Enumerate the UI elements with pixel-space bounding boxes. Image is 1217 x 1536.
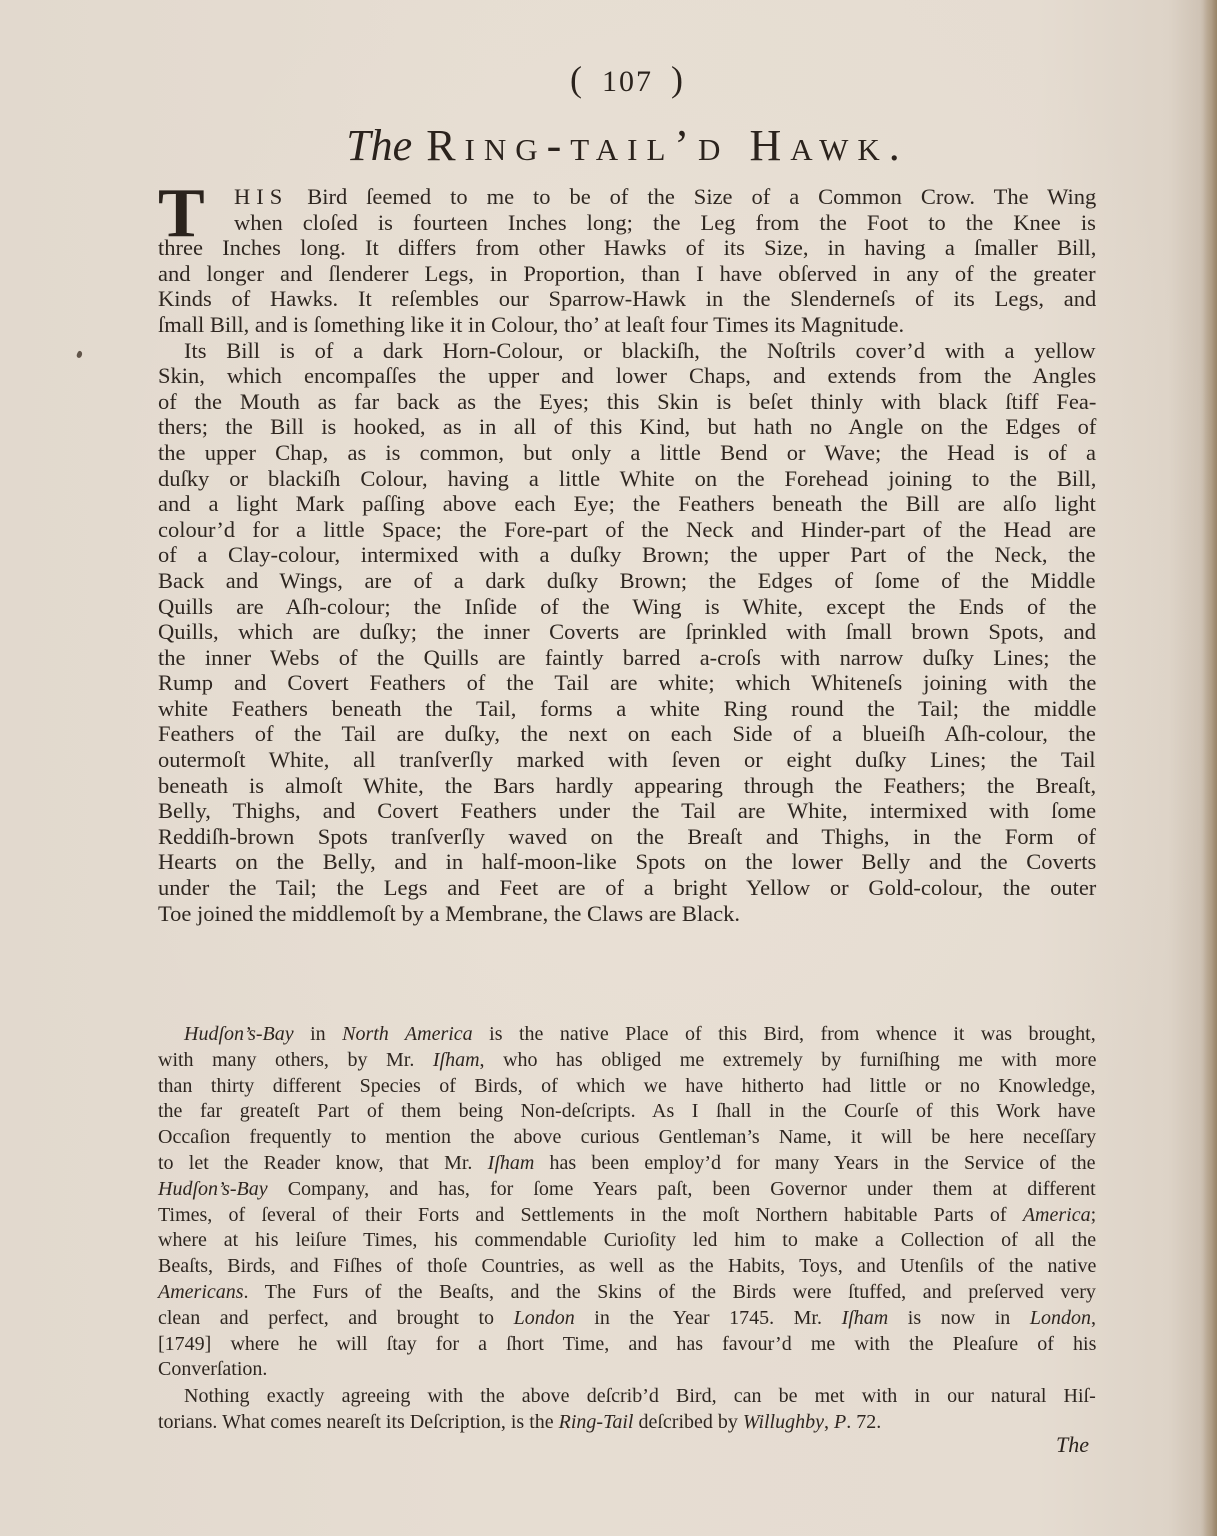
text-line: outermoſt White, all tranſverſly marked … — [158, 747, 1096, 773]
text-line: duſky or blackiſh Colour, having a littl… — [158, 466, 1096, 492]
line-text: under the Tail; the Legs and Feet are of… — [158, 875, 1096, 900]
title-name: Ring-tail’d Hawk. — [426, 121, 909, 170]
text-line: Its Bill is of a dark Horn-Colour, or bl… — [158, 338, 1096, 364]
line-text: Its Bill is of a dark Horn-Colour, or bl… — [184, 338, 1096, 363]
line-text: Quills are Aſh-colour; the Inſide of the… — [158, 594, 1096, 619]
italic-name: London — [1030, 1307, 1091, 1329]
line-text: deſcribed by — [633, 1411, 742, 1433]
line-text: of a Clay-colour, intermixed with a duſk… — [158, 542, 1096, 567]
page-number: (107) — [0, 58, 1217, 100]
line-text: of the Mouth as far back as the Eyes; th… — [158, 389, 1096, 414]
text-line: Kinds of Hawks. It reſembles our Sparrow… — [158, 286, 1096, 312]
line-text: Back and Wings, are of a dark duſky Brow… — [158, 568, 1096, 593]
text-line: Rump and Covert Feathers of the Tail are… — [158, 670, 1096, 696]
page-edge-shadow — [1203, 0, 1217, 1536]
italic-name: Hudſon’s-Bay — [184, 1023, 294, 1045]
line-text: than thirty different Species of Birds, … — [158, 1075, 1096, 1097]
text-line: colour’d for a little Space; the Fore-pa… — [158, 517, 1096, 543]
text-line: Quills are Aſh-colour; the Inſide of the… — [158, 594, 1096, 620]
text-line: Feathers of the Tail are duſky, the next… — [158, 721, 1096, 747]
text-line: with many others, by Mr. Iſham, who has … — [158, 1048, 1096, 1074]
line-text: Kinds of Hawks. It reſembles our Sparrow… — [158, 286, 1096, 311]
italic-name: London — [514, 1307, 575, 1329]
text-line: Belly, Thighs, and Covert Feathers under… — [158, 798, 1096, 824]
line-text: is the native Place of this Bird, from w… — [473, 1023, 1096, 1045]
line-text: in the Year 1745. Mr. — [575, 1307, 842, 1329]
line-text: is now in — [888, 1307, 1030, 1329]
text-line: to let the Reader know, that Mr. Iſham h… — [158, 1151, 1096, 1177]
line-text: Times, of ſeveral of their Forts and Set… — [158, 1204, 1023, 1226]
comparison-paragraph: Nothing exactly agreeing with the above … — [158, 1384, 1096, 1436]
line-text: beneath is almoſt White, the Bars hardly… — [158, 773, 1096, 798]
line-text: the inner Webs of the Quills are faintly… — [158, 645, 1096, 670]
text-line: when cloſed is fourteen Inches long; the… — [158, 210, 1096, 236]
line-text: Feathers of the Tail are duſky, the next… — [158, 721, 1096, 746]
text-line: three Inches long. It differs from other… — [158, 235, 1096, 261]
line-text: Beaſts, Birds, and Fiſhes of thoſe Count… — [158, 1255, 1096, 1277]
line-text: Rump and Covert Feathers of the Tail are… — [158, 670, 1096, 695]
text-line: the upper Chap, as is common, but only a… — [158, 440, 1096, 466]
text-line: under the Tail; the Legs and Feet are of… — [158, 875, 1096, 901]
description-paragraph: HIS Bird ſeemed to me to be of the Size … — [158, 184, 1096, 926]
italic-name: Iſham — [488, 1152, 535, 1174]
text-line: Reddiſh-brown Spots tranſverſly waved on… — [158, 824, 1096, 850]
line-text: white Feathers beneath the Tail, forms a… — [158, 696, 1096, 721]
italic-name: Americans — [158, 1281, 244, 1303]
line-text: outermoſt White, all tranſverſly marked … — [158, 747, 1096, 772]
line-text: Reddiſh-brown Spots tranſverſly waved on… — [158, 824, 1096, 849]
line-text: three Inches long. It differs from other… — [158, 235, 1096, 260]
text-line: Occaſion frequently to mention the above… — [158, 1125, 1096, 1151]
text-line: and longer and ſlenderer Legs, in Propor… — [158, 261, 1096, 287]
text-line: Skin, which encompaſſes the upper and lo… — [158, 363, 1096, 389]
text-line: Times, of ſeveral of their Forts and Set… — [158, 1203, 1096, 1229]
text-line: ſmall Bill, and is ſomething like it in … — [158, 312, 1096, 338]
line-text: where at his leiſure Times, his commenda… — [158, 1229, 1096, 1251]
line-text: and longer and ſlenderer Legs, in Propor… — [158, 261, 1096, 286]
line-text: [1749] where he will ſtay for a ſhort Ti… — [158, 1333, 1096, 1355]
text-line: torians. What comes neareſt its Deſcript… — [158, 1410, 1096, 1436]
italic-name: America — [1023, 1204, 1091, 1226]
text-line: of the Mouth as far back as the Eyes; th… — [158, 389, 1096, 415]
line-text: Nothing exactly agreeing with the above … — [184, 1385, 1096, 1407]
text-line: clean and perfect, and brought to London… — [158, 1306, 1096, 1332]
line-text: Occaſion frequently to mention the above… — [158, 1126, 1096, 1148]
line-text: thers; the Bill is hooked, as in all of … — [158, 414, 1096, 439]
text-line: white Feathers beneath the Tail, forms a… — [158, 696, 1096, 722]
line-text: the far greateſt Part of them being Non-… — [158, 1100, 1096, 1122]
opening-caps: HIS — [234, 184, 288, 209]
line-text: Hearts on the Belly, and in half-moon-li… — [158, 849, 1096, 874]
line-text: ſmall Bill, and is ſomething like it in … — [158, 312, 904, 337]
paren-close: ) — [671, 59, 685, 99]
text-line: Americans. The Furs of the Beaſts, and t… — [158, 1280, 1096, 1306]
page-number-value: 107 — [602, 65, 653, 98]
title-article: The — [346, 121, 412, 170]
text-line: [1749] where he will ſtay for a ſhort Ti… — [158, 1332, 1096, 1358]
line-text: the upper Chap, as is common, but only a… — [158, 440, 1096, 465]
text-line: Quills, which are duſky; the inner Cover… — [158, 619, 1096, 645]
line-text: with many others, by Mr. — [158, 1049, 433, 1071]
text-line: Hudſon’s-Bay in North America is the nat… — [158, 1022, 1096, 1048]
paren-open: ( — [570, 59, 584, 99]
line-text: ; — [1091, 1204, 1097, 1226]
line-text: has been employ’d for many Years in the … — [534, 1152, 1095, 1174]
text-line: Hearts on the Belly, and in half-moon-li… — [158, 849, 1096, 875]
page-title: TheRing-tail’d Hawk. — [0, 120, 1217, 171]
line-text: Quills, which are duſky; the inner Cover… — [158, 619, 1096, 644]
text-line: Beaſts, Birds, and Fiſhes of thoſe Count… — [158, 1254, 1096, 1280]
text-line: Toe joined the middlemoſt by a Membrane,… — [158, 901, 1096, 927]
text-line: than thirty different Species of Birds, … — [158, 1074, 1096, 1100]
text-line: beneath is almoſt White, the Bars hardly… — [158, 773, 1096, 799]
text-line: the inner Webs of the Quills are faintly… — [158, 645, 1096, 671]
line-text: Bird ſeemed to me to be of the Size of a… — [288, 184, 1096, 209]
text-line: the far greateſt Part of them being Non-… — [158, 1099, 1096, 1125]
italic-name: Willughby — [743, 1411, 824, 1433]
line-text: Skin, which encompaſſes the upper and lo… — [158, 363, 1096, 388]
italic-name: P — [834, 1411, 846, 1433]
text-line: where at his leiſure Times, his commenda… — [158, 1228, 1096, 1254]
text-line: and a light Mark paſſing above each Eye;… — [158, 491, 1096, 517]
text-line: Hudſon’s-Bay Company, and has, for ſome … — [158, 1177, 1096, 1203]
line-text: when cloſed is fourteen Inches long; the… — [234, 210, 1096, 235]
line-text: Converſation. — [158, 1358, 267, 1380]
line-text: colour’d for a little Space; the Fore-pa… — [158, 517, 1096, 542]
line-text: , who has obliged me extremely by furniſ… — [480, 1049, 1097, 1071]
provenance-paragraph: Hudſon’s-Bay in North America is the nat… — [158, 1022, 1096, 1383]
italic-name: Iſham — [842, 1307, 889, 1329]
text-line: thers; the Bill is hooked, as in all of … — [158, 414, 1096, 440]
line-text: . The Furs of the Beaſts, and the Skins … — [244, 1281, 1096, 1303]
text-line: Back and Wings, are of a dark duſky Brow… — [158, 568, 1096, 594]
italic-name: North America — [342, 1023, 473, 1045]
italic-name: Ring-Tail — [559, 1411, 634, 1433]
text-line: HIS Bird ſeemed to me to be of the Size … — [158, 184, 1096, 210]
line-text: , — [824, 1411, 834, 1433]
line-text: torians. What comes neareſt its Deſcript… — [158, 1411, 559, 1433]
line-text: Toe joined the middlemoſt by a Membrane,… — [158, 901, 740, 926]
line-text: Company, and has, for ſome Years paſt, b… — [268, 1178, 1096, 1200]
line-text: duſky or blackiſh Colour, having a littl… — [158, 466, 1096, 491]
line-text: . 72. — [846, 1411, 881, 1433]
line-text: , — [1091, 1307, 1096, 1329]
italic-name: Hudſon’s-Bay — [158, 1178, 268, 1200]
catchword: The — [1056, 1432, 1089, 1458]
line-text: in — [294, 1023, 343, 1045]
line-text: and a light Mark paſſing above each Eye;… — [158, 491, 1096, 516]
line-text: Belly, Thighs, and Covert Feathers under… — [158, 798, 1096, 823]
italic-name: Iſham — [433, 1049, 480, 1071]
text-line: Converſation. — [158, 1357, 1096, 1383]
text-line: Nothing exactly agreeing with the above … — [158, 1384, 1096, 1410]
text-line: of a Clay-colour, intermixed with a duſk… — [158, 542, 1096, 568]
line-text: to let the Reader know, that Mr. — [158, 1152, 488, 1174]
line-text: clean and perfect, and brought to — [158, 1307, 514, 1329]
